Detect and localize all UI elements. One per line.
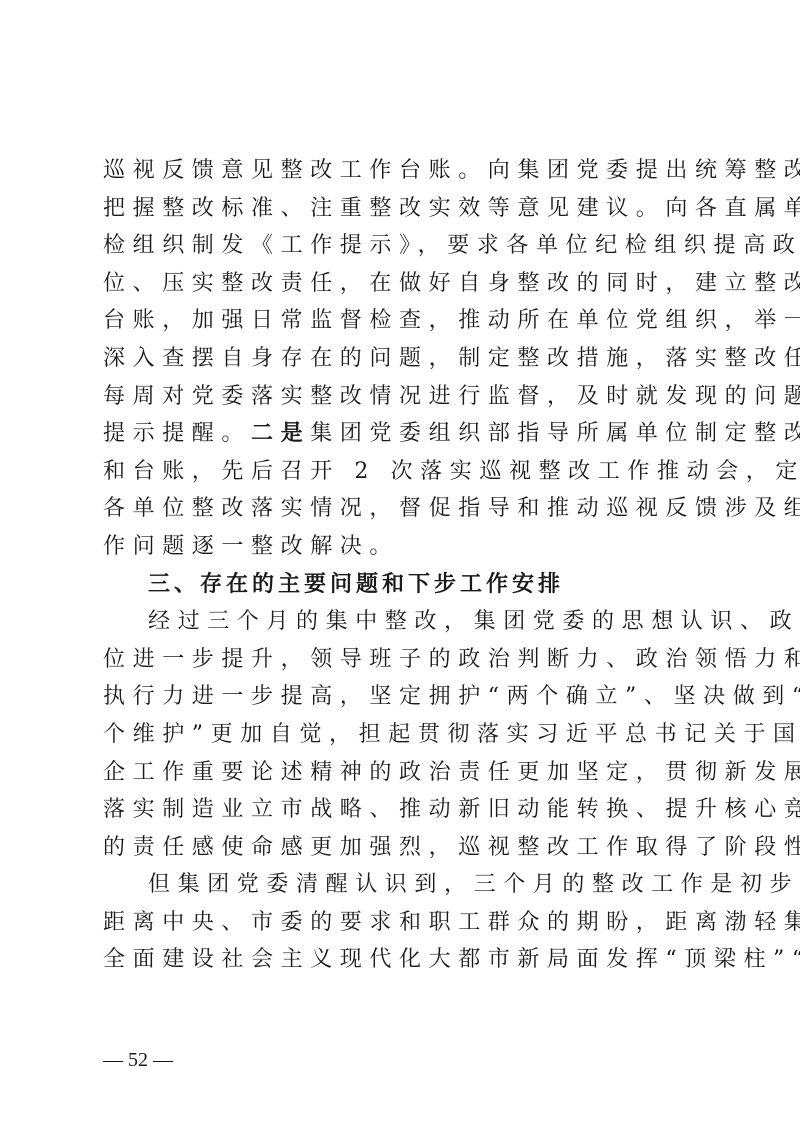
text-line: 提示提醒。二是集团党委组织部指导所属单位制定整改方案 xyxy=(103,415,703,453)
text-line: 检组织制发《工作提示》，要求各单位纪检组织提高政治站 xyxy=(103,227,703,265)
text-line: 企工作重要论述精神的政治责任更加坚定，贯彻新发展理念、 xyxy=(103,754,703,792)
text-line: 个维护”更加自觉，担起贯彻落实习近平总书记关于国资国 xyxy=(103,716,703,754)
text-segment: 集团党委组织部指导所属单位制定整改方案 xyxy=(310,421,800,446)
text-line: 巡视反馈意见整改工作台账。向集团党委提出统筹整改进度、 xyxy=(103,152,703,190)
page-number: — 52 — xyxy=(103,1049,173,1072)
text-line: 作问题逐一整改解决。 xyxy=(103,528,703,566)
text-line: 每周对党委落实整改情况进行监督，及时就发现的问题作出 xyxy=(103,378,703,416)
text-line: 台账，加强日常监督检查，推动所在单位党组织，举一反三， xyxy=(103,302,703,340)
text-line: 执行力进一步提高，坚定拥护“两个确立”、坚决做到“两 xyxy=(103,678,703,716)
text-line: 全面建设社会主义现代化大都市新局面发挥“顶梁柱”“压 xyxy=(103,941,703,979)
text-line: 位、压实整改责任，在做好自身整改的同时，建立整改监督 xyxy=(103,265,703,303)
text-line: 各单位整改落实情况，督促指导和推动巡视反馈涉及组织工 xyxy=(103,490,703,528)
section-heading: 三、存在的主要问题和下步工作安排 xyxy=(103,566,703,604)
text-line: 落实制造业立市战略、推动新旧动能转换、提升核心竞争力 xyxy=(103,791,703,829)
text-line: 的责任感使命感更加强烈，巡视整改工作取得了阶段性成效。 xyxy=(103,829,703,867)
body-text: 巡视反馈意见整改工作台账。向集团党委提出统筹整改进度、 把握整改标准、注重整改实… xyxy=(103,152,703,979)
text-segment: 提示提醒。 xyxy=(103,421,251,446)
text-line: 经过三个月的集中整改，集团党委的思想认识、政治站 xyxy=(103,603,703,641)
text-line: 距离中央、市委的要求和职工群众的期盼，距离渤轻集团为 xyxy=(103,904,703,942)
document-page: 巡视反馈意见整改工作台账。向集团党委提出统筹整改进度、 把握整改标准、注重整改实… xyxy=(0,0,800,1131)
bold-marker-erchi: 二是 xyxy=(251,421,310,446)
text-line: 位进一步提升，领导班子的政治判断力、政治领悟力和政治 xyxy=(103,641,703,679)
text-line: 和台账，先后召开 2 次落实巡视整改工作推动会，定期汇总 xyxy=(103,453,703,491)
text-line: 把握整改标准、注重整改实效等意见建议。向各直属单位纪 xyxy=(103,190,703,228)
text-line: 但集团党委清醒认识到，三个月的整改工作是初步的， xyxy=(103,866,703,904)
text-line: 深入查摆自身存在的问题，制定整改措施，落实整改任务。 xyxy=(103,340,703,378)
